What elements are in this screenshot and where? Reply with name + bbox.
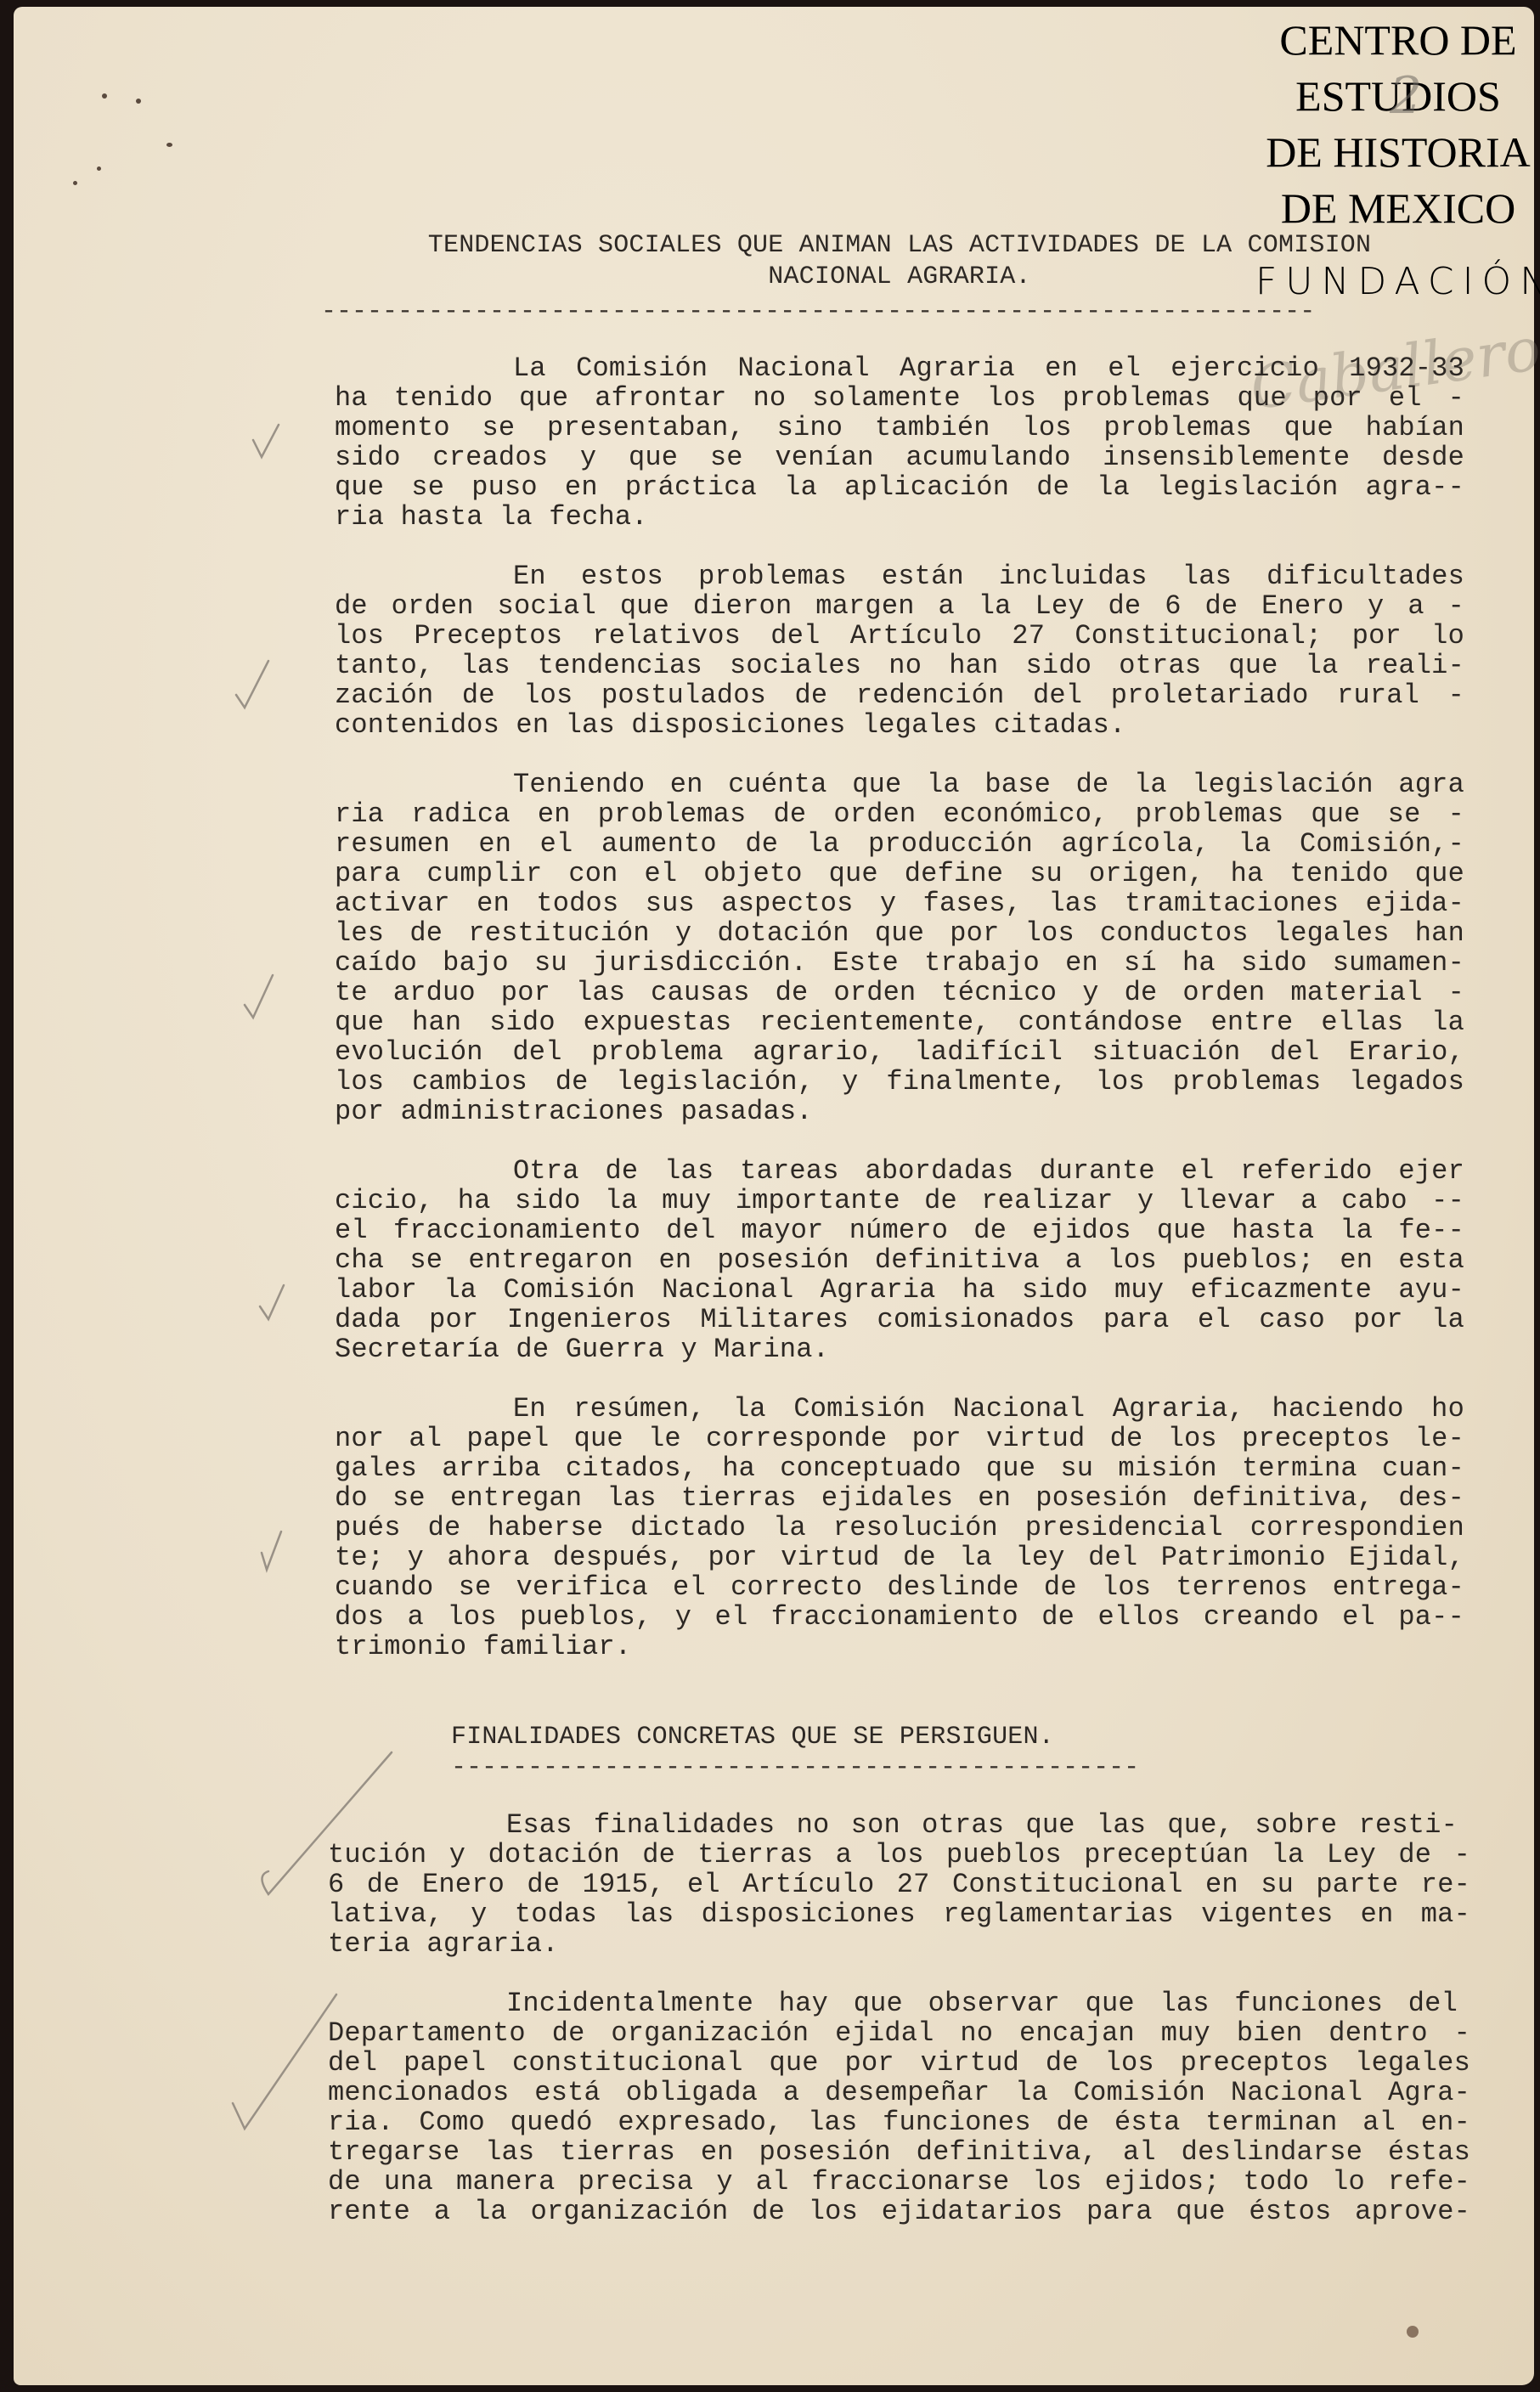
paper-speck: [97, 166, 101, 171]
paper-speck: [102, 93, 107, 99]
paper-speck: [166, 143, 172, 147]
check-mark-icon: [260, 1285, 284, 1319]
document-page: CENTRO DE ESTUDIOS DE HISTORIA DE MEXICO…: [14, 7, 1534, 2385]
paper-speck: [73, 181, 77, 185]
check-mark-icon: [253, 425, 279, 457]
check-mark-icon: [236, 661, 268, 708]
check-mark-icon: [245, 975, 273, 1018]
check-mark-icon: [262, 1752, 392, 1894]
check-mark-icon: [233, 1994, 336, 2129]
check-mark-icon: [262, 1532, 281, 1570]
pencil-checkmarks: [14, 7, 1534, 2385]
paper-speck: [136, 99, 141, 104]
paper-stain: [1407, 2326, 1419, 2338]
